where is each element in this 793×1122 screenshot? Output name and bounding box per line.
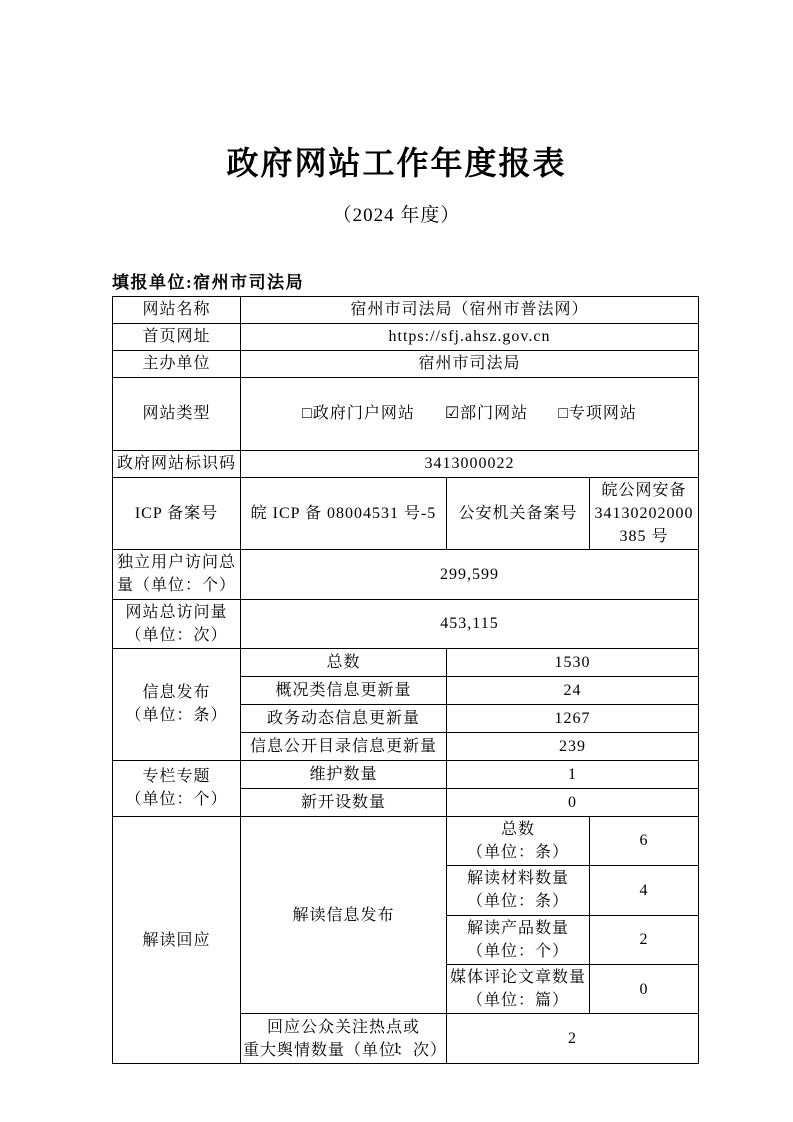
homepage-url-value: https://sfj.ahsz.gov.cn bbox=[241, 324, 699, 351]
info-publish-label: 信息发布 （单位：条） bbox=[113, 648, 241, 760]
checkbox-option-special-site: □专项网站 bbox=[558, 402, 637, 425]
organizer-value: 宿州市司法局 bbox=[241, 351, 699, 378]
document-subtitle: （2024 年度） bbox=[0, 200, 793, 227]
website-name-value: 宿州市司法局（宿州市普法网） bbox=[241, 297, 699, 324]
info-publish-dynamics-value: 1267 bbox=[447, 704, 699, 732]
annual-report-table: 网站名称 宿州市司法局（宿州市普法网） 首页网址 https://sfj.ahs… bbox=[112, 296, 699, 1064]
row-icp: ICP 备案号 皖 ICP 备 08004531 号-5 公安机关备案号 皖公网… bbox=[113, 477, 699, 550]
icp-value: 皖 ICP 备 08004531 号-5 bbox=[241, 477, 447, 550]
interp-products-value: 2 bbox=[590, 915, 699, 964]
row-special-maintained: 专栏专题 （单位：个） 维护数量 1 bbox=[113, 760, 699, 788]
interp-materials-value: 4 bbox=[590, 866, 699, 915]
website-type-options: □政府门户网站 ☑部门网站 □专项网站 bbox=[243, 402, 696, 425]
icp-label: ICP 备案号 bbox=[113, 477, 241, 550]
row-total-visits: 网站总访问量 （单位：次） 453,115 bbox=[113, 599, 699, 648]
info-publish-overview-label: 概况类信息更新量 bbox=[241, 676, 447, 704]
special-maintained-label: 维护数量 bbox=[241, 760, 447, 788]
total-visits-value: 453,115 bbox=[241, 599, 699, 648]
interp-materials-label: 解读材料数量 （单位：条） bbox=[447, 866, 590, 915]
homepage-url-label: 首页网址 bbox=[113, 324, 241, 351]
info-publish-directory-label: 信息公开目录信息更新量 bbox=[241, 732, 447, 760]
info-publish-total-value: 1530 bbox=[447, 648, 699, 676]
report-page: 政府网站工作年度报表 （2024 年度） 填报单位:宿州市司法局 网站名称 宿州… bbox=[0, 0, 793, 1122]
interp-total-label: 总数 （单位：条） bbox=[447, 816, 590, 865]
website-type-options-cell: □政府门户网站 ☑部门网站 □专项网站 bbox=[241, 378, 699, 451]
row-website-id: 政府网站标识码 3413000022 bbox=[113, 450, 699, 477]
special-maintained-value: 1 bbox=[447, 760, 699, 788]
organizer-label: 主办单位 bbox=[113, 351, 241, 378]
website-name-label: 网站名称 bbox=[113, 297, 241, 324]
checkbox-option-department-site: ☑部门网站 bbox=[445, 402, 528, 425]
row-website-name: 网站名称 宿州市司法局（宿州市普法网） bbox=[113, 297, 699, 324]
website-id-value: 3413000022 bbox=[241, 450, 699, 477]
interp-products-label: 解读产品数量 （单位：个） bbox=[447, 915, 590, 964]
interp-publish-label: 解读信息发布 bbox=[241, 816, 447, 1014]
website-type-label: 网站类型 bbox=[113, 378, 241, 451]
row-organizer: 主办单位 宿州市司法局 bbox=[113, 351, 699, 378]
info-publish-dynamics-label: 政务动态信息更新量 bbox=[241, 704, 447, 732]
police-record-label: 公安机关备案号 bbox=[447, 477, 590, 550]
police-record-value: 皖公网安备 34130202000 385 号 bbox=[590, 477, 699, 550]
page-number: 1 bbox=[0, 1040, 793, 1058]
row-website-type: 网站类型 □政府门户网站 ☑部门网站 □专项网站 bbox=[113, 378, 699, 451]
checkbox-option-government-portal: □政府门户网站 bbox=[302, 402, 415, 425]
interp-total-value: 6 bbox=[590, 816, 699, 865]
row-info-publish-total: 信息发布 （单位：条） 总数 1530 bbox=[113, 648, 699, 676]
interp-media-value: 0 bbox=[590, 965, 699, 1014]
special-new-label: 新开设数量 bbox=[241, 788, 447, 816]
total-visits-label: 网站总访问量 （单位：次） bbox=[113, 599, 241, 648]
special-new-value: 0 bbox=[447, 788, 699, 816]
interpretation-label: 解读回应 bbox=[113, 816, 241, 1064]
document-title: 政府网站工作年度报表 bbox=[0, 138, 793, 184]
interp-media-label: 媒体评论文章数量 （单位：篇） bbox=[447, 965, 590, 1014]
website-id-label: 政府网站标识码 bbox=[113, 450, 241, 477]
row-unique-visitors: 独立用户访问总 量（单位：个） 299,599 bbox=[113, 550, 699, 599]
info-publish-overview-value: 24 bbox=[447, 676, 699, 704]
unique-visitors-value: 299,599 bbox=[241, 550, 699, 599]
row-homepage-url: 首页网址 https://sfj.ahsz.gov.cn bbox=[113, 324, 699, 351]
row-interp-total: 解读回应 解读信息发布 总数 （单位：条） 6 bbox=[113, 816, 699, 865]
info-publish-directory-value: 239 bbox=[447, 732, 699, 760]
special-columns-label: 专栏专题 （单位：个） bbox=[113, 760, 241, 816]
unique-visitors-label: 独立用户访问总 量（单位：个） bbox=[113, 550, 241, 599]
info-publish-total-label: 总数 bbox=[241, 648, 447, 676]
reporting-unit: 填报单位:宿州市司法局 bbox=[112, 268, 304, 293]
